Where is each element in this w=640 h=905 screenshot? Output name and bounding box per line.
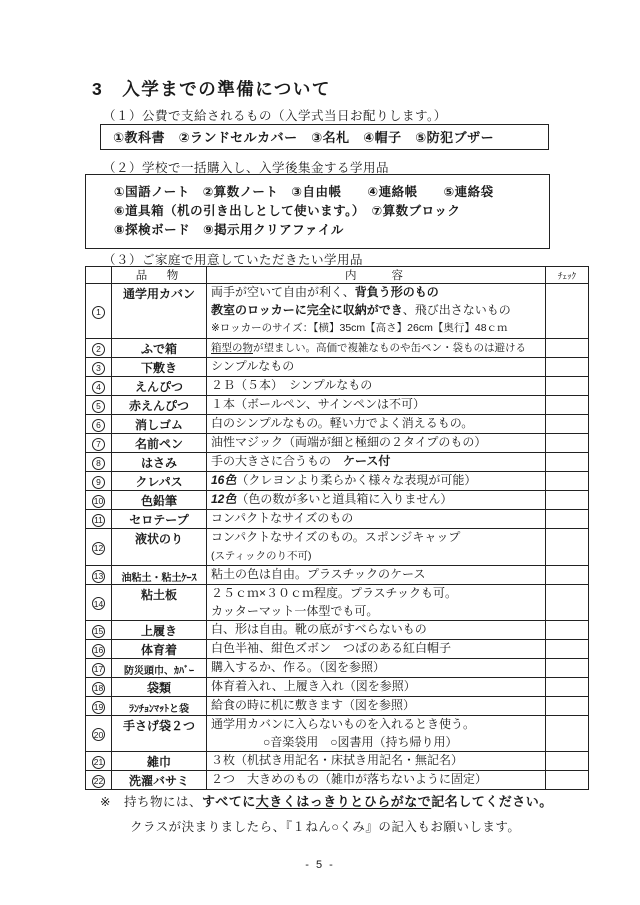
table-row: 18袋類体育着入れ、上履き入れ（図を参照） xyxy=(86,678,589,697)
section2-box: ①国語ノート ②算数ノート ③自由帳 ④連絡帳 ⑤連絡袋 ⑥道具箱（机の引き出し… xyxy=(85,174,550,249)
item-description: 粘土の色は自由。プラスチックのケース xyxy=(207,566,546,585)
check-cell xyxy=(546,377,589,396)
item-name: 下敷き xyxy=(112,358,207,377)
check-cell xyxy=(546,472,589,491)
item-description: 16色（クレヨンより柔らかく様々な表現が可能） xyxy=(207,472,546,491)
header-content: 内 容 xyxy=(207,267,546,284)
item-name: 袋類 xyxy=(112,678,207,697)
circled-number: 21 xyxy=(92,756,105,769)
item-number: 4 xyxy=(86,377,112,396)
circled-number: 22 xyxy=(92,775,105,788)
check-cell xyxy=(546,640,589,659)
circled-number: 8 xyxy=(92,457,105,470)
section2-box-line: ①国語ノート ②算数ノート ③自由帳 ④連絡帳 ⑤連絡袋 xyxy=(114,183,549,202)
item-description: 12色（色の数が多いと道具箱に入りません） xyxy=(207,491,546,510)
item-name: 赤えんぴつ xyxy=(112,396,207,415)
header-item: 品 物 xyxy=(112,267,207,284)
item-name: 雑巾 xyxy=(112,752,207,771)
item-name: 洗濯バサミ xyxy=(112,771,207,790)
item-name: 手さげ袋２つ xyxy=(112,716,207,752)
item-name: 粘土板 xyxy=(112,585,207,621)
circled-number: 16 xyxy=(92,644,105,657)
item-name: 消しゴム xyxy=(112,415,207,434)
note-bold-underline: 大きくはっきりとひらがなで xyxy=(256,794,432,809)
item-number: 20 xyxy=(86,716,112,752)
item-name: 色鉛筆 xyxy=(112,491,207,510)
item-description: 両手が空いて自由が利く、背負う形のもの教室のロッカーに完全に収納ができ、飛び出さ… xyxy=(207,284,546,339)
item-number: 1 xyxy=(86,284,112,339)
item-description: 購入するか、作る。（図を参照） xyxy=(207,659,546,678)
item-number: 14 xyxy=(86,585,112,621)
check-cell xyxy=(546,453,589,472)
check-cell xyxy=(546,678,589,697)
item-number: 8 xyxy=(86,453,112,472)
check-cell xyxy=(546,585,589,621)
table-row: 8はさみ手の大きさに合うもの ケース付 xyxy=(86,453,589,472)
table-row: 3下敷きシンプルなもの xyxy=(86,358,589,377)
check-cell xyxy=(546,434,589,453)
circled-number: 3 xyxy=(92,362,105,375)
circled-number: 6 xyxy=(92,419,105,432)
item-description: ２つ 大きめのもの（雑巾が落ちないように固定） xyxy=(207,771,546,790)
section2-box-line: ⑧探検ボード ⑨掲示用クリアファイル xyxy=(114,221,549,240)
check-cell xyxy=(546,529,589,566)
note-line2: クラスが決まりましたら、『１ねん○くみ』の記入もお願いします。 xyxy=(130,817,520,835)
document-page: 3 入学までの準備について （１）公費で支給されるもの（入学式当日お配りします。… xyxy=(0,0,640,905)
check-cell xyxy=(546,752,589,771)
item-number: 19 xyxy=(86,697,112,716)
item-name: 体育着 xyxy=(112,640,207,659)
table-row: 2ふで箱箱型の物が望ましい。高価で複雑なものや缶ペン・袋ものは避ける xyxy=(86,338,589,358)
circled-number: 4 xyxy=(92,381,105,394)
circled-number: 11 xyxy=(92,514,105,527)
circled-number: 18 xyxy=(92,682,105,695)
header-number xyxy=(86,267,112,284)
item-name: 液状のり xyxy=(112,529,207,566)
table-row: 22洗濯バサミ２つ 大きめのもの（雑巾が落ちないように固定） xyxy=(86,771,589,790)
table-row: 13油粘土・粘土ｹｰｽ粘土の色は自由。プラスチックのケース xyxy=(86,566,589,585)
circled-number: 10 xyxy=(92,495,105,508)
item-name: はさみ xyxy=(112,453,207,472)
item-description: 白のシンプルなもの。軽い力でよく消えるもの。 xyxy=(207,415,546,434)
supplies-table: 品 物 内 容 ﾁｪｯｸ 1通学用カバン両手が空いて自由が利く、背負う形のもの教… xyxy=(85,266,589,790)
supplies-table-body: 1通学用カバン両手が空いて自由が利く、背負う形のもの教室のロッカーに完全に収納が… xyxy=(86,284,589,790)
check-cell xyxy=(546,697,589,716)
item-description: 手の大きさに合うもの ケース付 xyxy=(207,453,546,472)
supplies-table-container: 品 物 内 容 ﾁｪｯｸ 1通学用カバン両手が空いて自由が利く、背負う形のもの教… xyxy=(85,266,589,790)
circled-number: 20 xyxy=(92,728,105,741)
section2-box-line: ⑥道具箱（机の引き出しとして使います。） ⑦算数ブロック xyxy=(114,202,549,221)
table-row: 17防災頭巾、ｶﾊﾞｰ購入するか、作る。（図を参照） xyxy=(86,659,589,678)
item-description: 箱型の物が望ましい。高価で複雑なものや缶ペン・袋ものは避ける xyxy=(207,338,546,358)
check-cell xyxy=(546,621,589,640)
item-description: ２Ｂ（５本） シンプルなもの xyxy=(207,377,546,396)
circled-number: 12 xyxy=(92,542,105,555)
item-number: 16 xyxy=(86,640,112,659)
item-name: 防災頭巾、ｶﾊﾞｰ xyxy=(112,659,207,678)
item-number: 7 xyxy=(86,434,112,453)
table-row: 14粘土板２５ｃｍ×３０ｃｍ程度。プラスチックも可。カッターマット一体型でも可。 xyxy=(86,585,589,621)
item-description: １本（ボールペン、サインペンは不可） xyxy=(207,396,546,415)
item-number: 13 xyxy=(86,566,112,585)
item-description: ２５ｃｍ×３０ｃｍ程度。プラスチックも可。カッターマット一体型でも可。 xyxy=(207,585,546,621)
item-number: 17 xyxy=(86,659,112,678)
item-number: 18 xyxy=(86,678,112,697)
circled-number: 17 xyxy=(92,663,105,676)
section1-heading: （１）公費で支給されるもの（入学式当日お配りします。） xyxy=(103,106,447,124)
table-row: 20手さげ袋２つ通学用カバンに入らないものを入れるとき使う。○音楽袋用 ○図書用… xyxy=(86,716,589,752)
item-name: セロテープ xyxy=(112,510,207,529)
item-description: 油性マジック（両端が細と極細の２タイプのもの） xyxy=(207,434,546,453)
item-description: ３枚（机拭き用記名・床拭き用記名・無記名） xyxy=(207,752,546,771)
check-cell xyxy=(546,396,589,415)
item-name: 油粘土・粘土ｹｰｽ xyxy=(112,566,207,585)
note-bold-post: 記名してください。 xyxy=(431,794,553,809)
item-number: 22 xyxy=(86,771,112,790)
check-cell xyxy=(546,338,589,358)
item-number: 12 xyxy=(86,529,112,566)
item-name: 通学用カバン xyxy=(112,284,207,339)
table-row: 5赤えんぴつ１本（ボールペン、サインペンは不可） xyxy=(86,396,589,415)
item-description: 給食の時に机に敷きます（図を参照） xyxy=(207,697,546,716)
circled-number: 2 xyxy=(92,343,105,356)
circled-number: 9 xyxy=(92,476,105,489)
table-row: 4えんぴつ２Ｂ（５本） シンプルなもの xyxy=(86,377,589,396)
note-prefix: ※ 持ち物には、 xyxy=(100,795,202,809)
circled-number: 14 xyxy=(92,597,105,610)
table-row: 16体育着白色半袖、紺色ズボン つばのある紅白帽子 xyxy=(86,640,589,659)
section1-box-items: ①教科書 ②ランドセルカバー ③名札 ④帽子 ⑤防犯ブザー xyxy=(113,130,494,145)
circled-number: 1 xyxy=(92,306,105,319)
check-cell xyxy=(546,358,589,377)
circled-number: 5 xyxy=(92,400,105,413)
item-description: コンパクトなサイズのもの xyxy=(207,510,546,529)
table-row: 12液状のりコンパクトなサイズのもの。スポンジキャップ(スティックのり不可) xyxy=(86,529,589,566)
item-number: 15 xyxy=(86,621,112,640)
check-cell xyxy=(546,566,589,585)
item-number: 11 xyxy=(86,510,112,529)
table-header-row: 品 物 内 容 ﾁｪｯｸ xyxy=(86,267,589,284)
item-description: 通学用カバンに入らないものを入れるとき使う。○音楽袋用 ○図書用（持ち帰り用） xyxy=(207,716,546,752)
item-name: 名前ペン xyxy=(112,434,207,453)
item-name: 上履き xyxy=(112,621,207,640)
item-description: 白色半袖、紺色ズボン つばのある紅白帽子 xyxy=(207,640,546,659)
item-description: シンプルなもの xyxy=(207,358,546,377)
table-row: 15上履き白、形は自由。靴の底がすべらないもの xyxy=(86,621,589,640)
check-cell xyxy=(546,659,589,678)
item-name: えんぴつ xyxy=(112,377,207,396)
table-row: 7名前ペン油性マジック（両端が細と極細の２タイプのもの） xyxy=(86,434,589,453)
check-cell xyxy=(546,415,589,434)
check-cell xyxy=(546,510,589,529)
table-row: 11セロテープコンパクトなサイズのもの xyxy=(86,510,589,529)
table-row: 6消しゴム白のシンプルなもの。軽い力でよく消えるもの。 xyxy=(86,415,589,434)
check-cell xyxy=(546,491,589,510)
header-check: ﾁｪｯｸ xyxy=(546,267,589,284)
circled-number: 13 xyxy=(92,570,105,583)
page-number: - 5 - xyxy=(0,859,640,871)
circled-number: 15 xyxy=(92,625,105,638)
note-line1: ※ 持ち物には、すべてに大きくはっきりとひらがなで記名してください。 xyxy=(100,791,553,810)
table-row: 1通学用カバン両手が空いて自由が利く、背負う形のもの教室のロッカーに完全に収納が… xyxy=(86,284,589,339)
item-number: 5 xyxy=(86,396,112,415)
table-row: 19ﾗﾝﾁｮﾝﾏｯﾄと袋給食の時に机に敷きます（図を参照） xyxy=(86,697,589,716)
item-description: 白、形は自由。靴の底がすべらないもの xyxy=(207,621,546,640)
section1-box: ①教科書 ②ランドセルカバー ③名札 ④帽子 ⑤防犯ブザー xyxy=(100,124,549,150)
circled-number: 19 xyxy=(92,701,105,714)
item-number: 6 xyxy=(86,415,112,434)
check-cell xyxy=(546,284,589,339)
table-row: 10色鉛筆12色（色の数が多いと道具箱に入りません） xyxy=(86,491,589,510)
item-number: 21 xyxy=(86,752,112,771)
item-name: ふで箱 xyxy=(112,338,207,358)
check-cell xyxy=(546,771,589,790)
item-number: 9 xyxy=(86,472,112,491)
table-row: 9クレパス16色（クレヨンより柔らかく様々な表現が可能） xyxy=(86,472,589,491)
item-description: 体育着入れ、上履き入れ（図を参照） xyxy=(207,678,546,697)
item-number: 3 xyxy=(86,358,112,377)
circled-number: 7 xyxy=(92,438,105,451)
item-name: ﾗﾝﾁｮﾝﾏｯﾄと袋 xyxy=(112,697,207,716)
check-cell xyxy=(546,716,589,752)
item-name: クレパス xyxy=(112,472,207,491)
item-number: 2 xyxy=(86,338,112,358)
item-description: コンパクトなサイズのもの。スポンジキャップ(スティックのり不可) xyxy=(207,529,546,566)
item-number: 10 xyxy=(86,491,112,510)
page-title: 3 入学までの準備について xyxy=(92,76,331,101)
note-bold-pre: すべてに xyxy=(202,794,256,809)
table-row: 21雑巾３枚（机拭き用記名・床拭き用記名・無記名） xyxy=(86,752,589,771)
